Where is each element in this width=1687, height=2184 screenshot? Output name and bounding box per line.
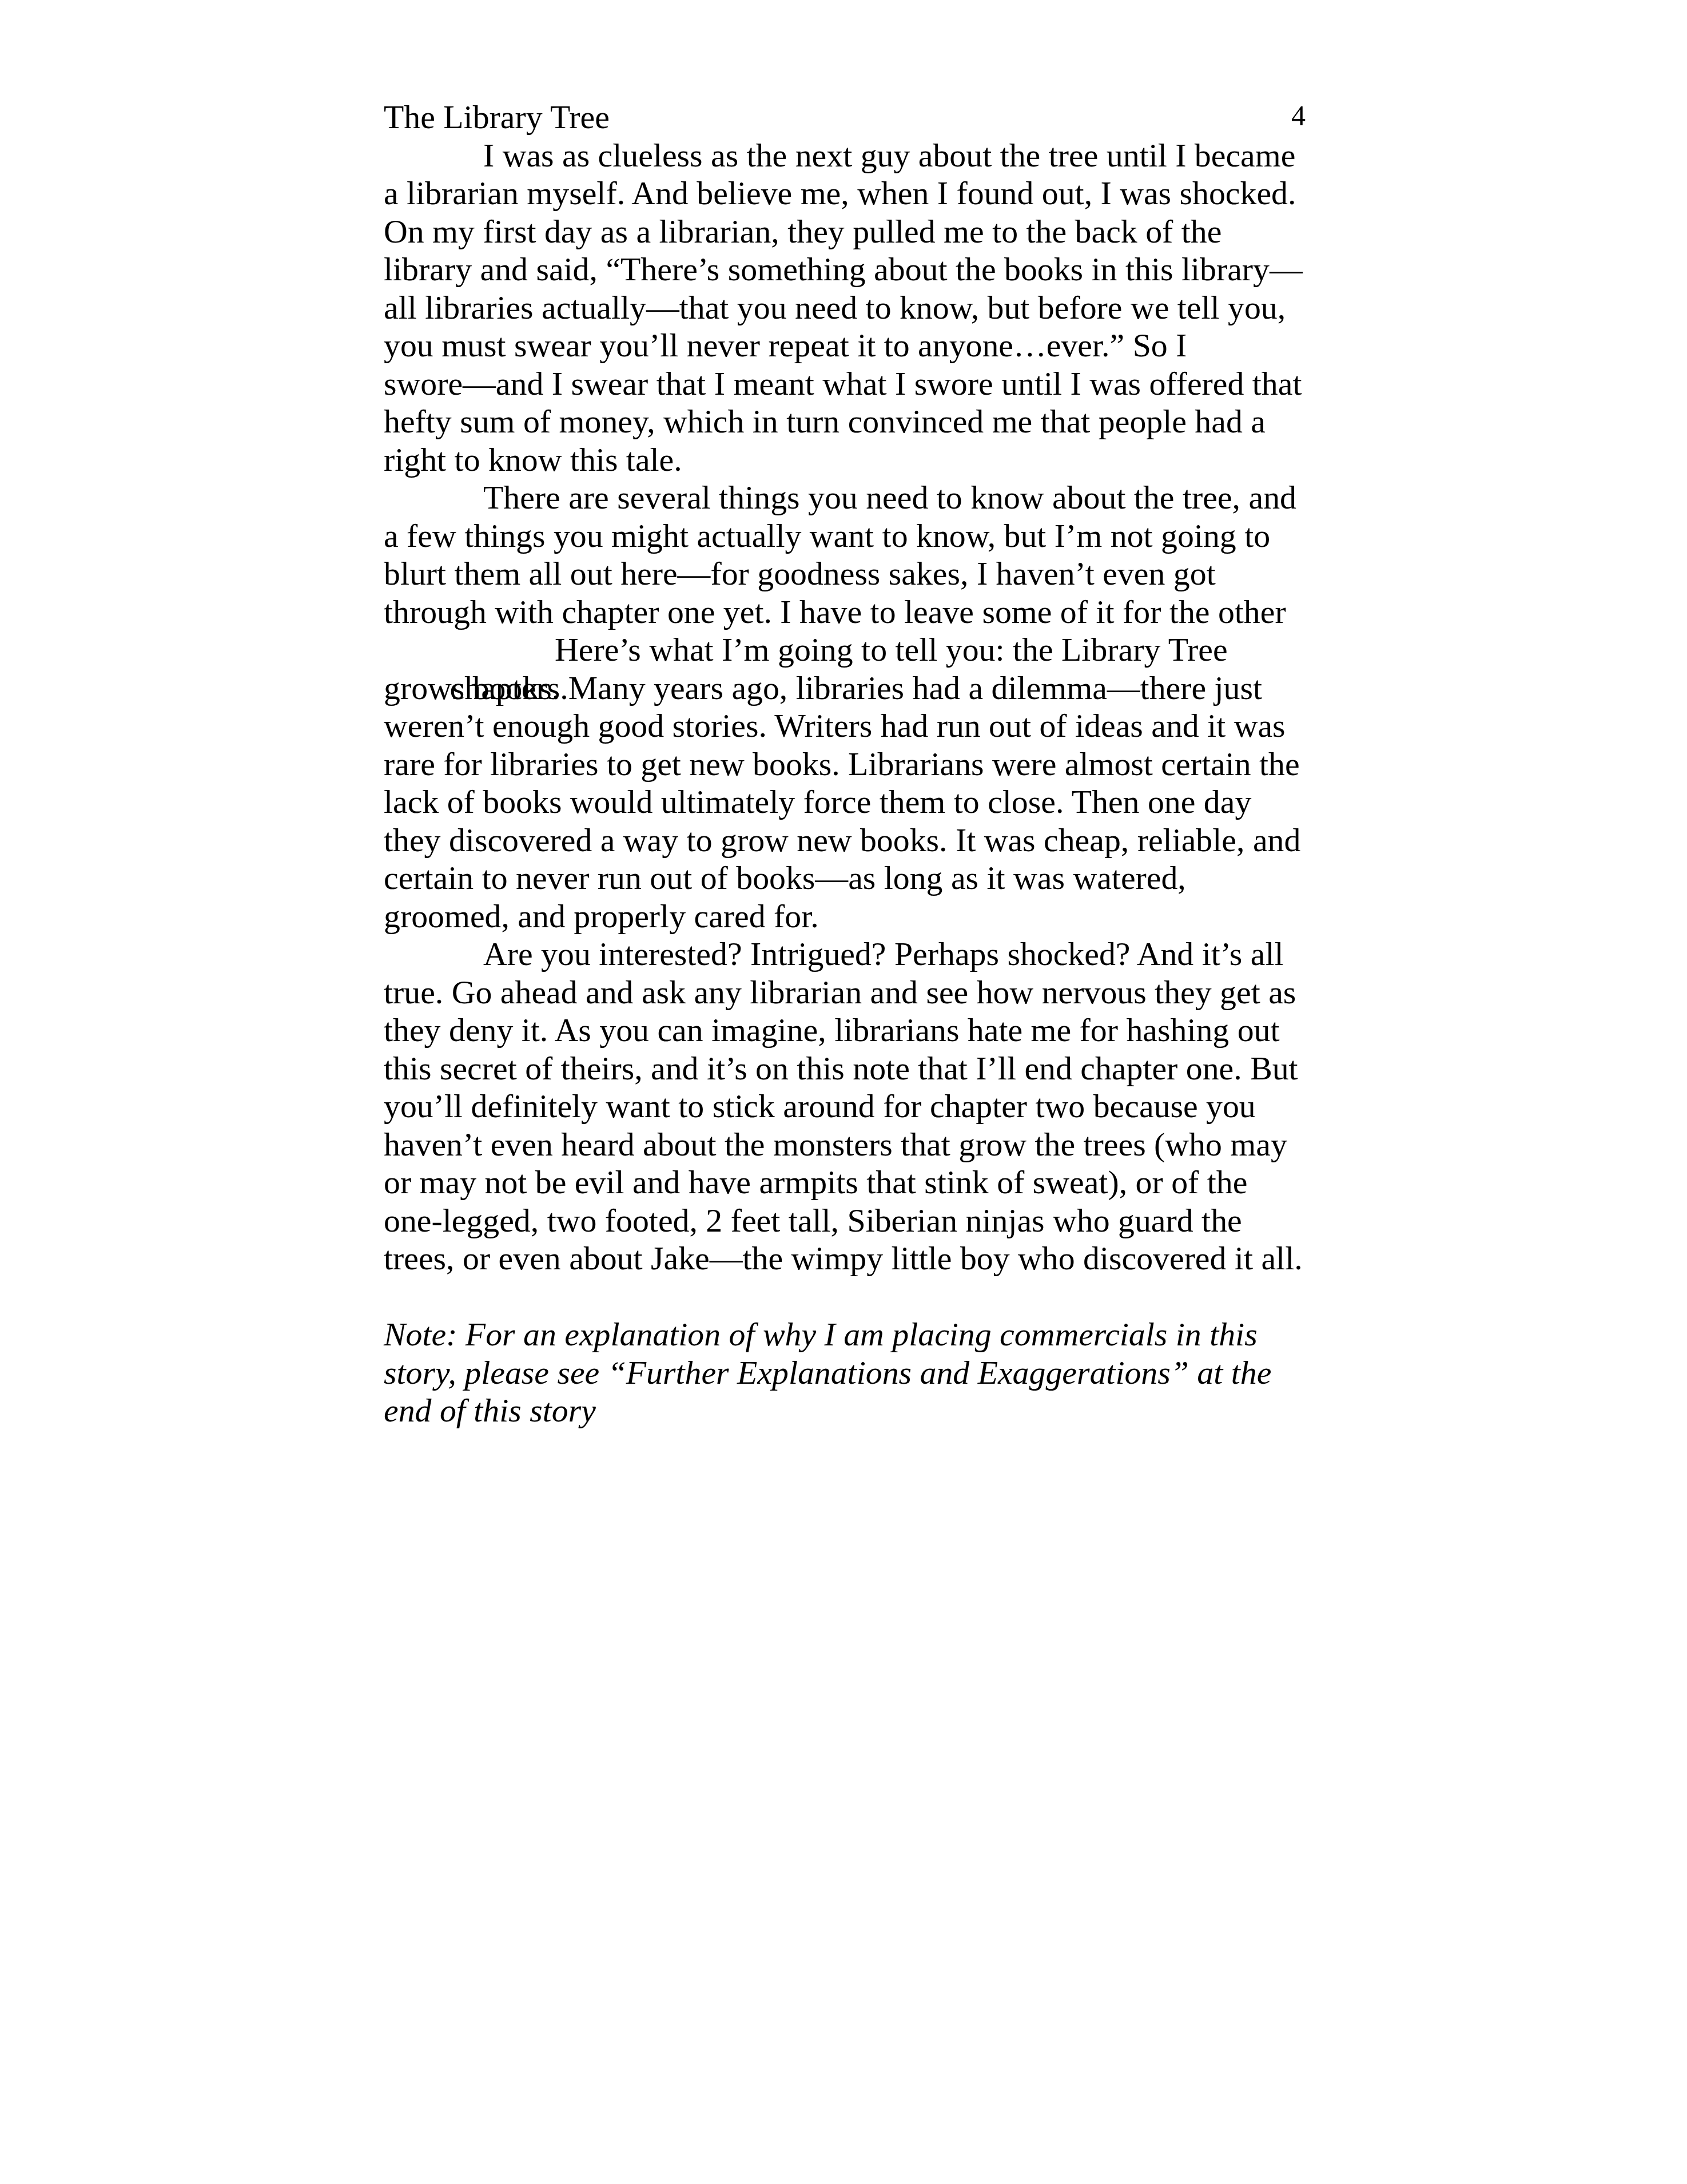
text-line: groomed, and properly cared for. — [384, 898, 1322, 936]
text-line: trees, or even about Jake—the wimpy litt… — [384, 1240, 1322, 1278]
text-line: Are you interested? Intrigued? Perhaps s… — [384, 935, 1322, 974]
note-line: story, please see “Further Explanations … — [384, 1354, 1322, 1392]
paragraph-1: I was as clueless as the next guy about … — [384, 137, 1322, 479]
text-line: one-legged, two footed, 2 feet tall, Sib… — [384, 1202, 1322, 1240]
text-line: On my first day as a librarian, they pul… — [384, 213, 1322, 251]
text-line: this secret of theirs, and it’s on this … — [384, 1050, 1322, 1088]
page-body: The Library Tree I was as clueless as th… — [384, 98, 1322, 1430]
text-line: true. Go ahead and ask any librarian and… — [384, 974, 1322, 1012]
paragraph-3: Are you interested? Intrigued? Perhaps s… — [384, 935, 1322, 1278]
text-line: you’ll definitely want to stick around f… — [384, 1087, 1322, 1126]
blank-line — [384, 1278, 1322, 1316]
text-line-with-tab: chapters. Here’s what I’m going to tell … — [384, 631, 1322, 669]
text-line: haven’t even heard about the monsters th… — [384, 1126, 1322, 1164]
text-line: a few things you might actually want to … — [384, 517, 1322, 555]
text-line: weren’t enough good stories. Writers had… — [384, 707, 1322, 745]
text-line: grows books. Many years ago, libraries h… — [384, 669, 1322, 708]
text-line: they discovered a way to grow new books.… — [384, 821, 1322, 860]
note-line: Note: For an explanation of why I am pla… — [384, 1316, 1322, 1354]
document-page: 4 The Library Tree I was as clueless as … — [0, 0, 1687, 2184]
paragraph-2: There are several things you need to kno… — [384, 479, 1322, 935]
text-line: swore—and I swear that I meant what I sw… — [384, 365, 1322, 403]
text-segment-after-tab: Here’s what I’m going to tell you: the L… — [555, 631, 1228, 669]
text-line: certain to never run out of books—as lon… — [384, 859, 1322, 898]
note-line: end of this story — [384, 1392, 1322, 1430]
text-line: There are several things you need to kno… — [384, 479, 1322, 517]
text-line: rare for libraries to get new books. Lib… — [384, 745, 1322, 784]
text-line: I was as clueless as the next guy about … — [384, 137, 1322, 175]
text-line: through with chapter one yet. I have to … — [384, 593, 1322, 632]
text-line: a librarian myself. And believe me, when… — [384, 174, 1322, 213]
text-line: you must swear you’ll never repeat it to… — [384, 327, 1322, 365]
text-line: library and said, “There’s something abo… — [384, 251, 1322, 289]
text-line: right to know this tale. — [384, 441, 1322, 479]
text-line: hefty sum of money, which in turn convin… — [384, 403, 1322, 441]
running-header-title: The Library Tree — [384, 98, 1322, 137]
text-line: blurt them all out here—for goodness sak… — [384, 555, 1322, 593]
text-line: all libraries actually—that you need to … — [384, 289, 1322, 327]
note-paragraph: Note: For an explanation of why I am pla… — [384, 1316, 1322, 1430]
text-line: or may not be evil and have armpits that… — [384, 1164, 1322, 1202]
text-line: lack of books would ultimately force the… — [384, 783, 1322, 821]
text-line: they deny it. As you can imagine, librar… — [384, 1011, 1322, 1050]
